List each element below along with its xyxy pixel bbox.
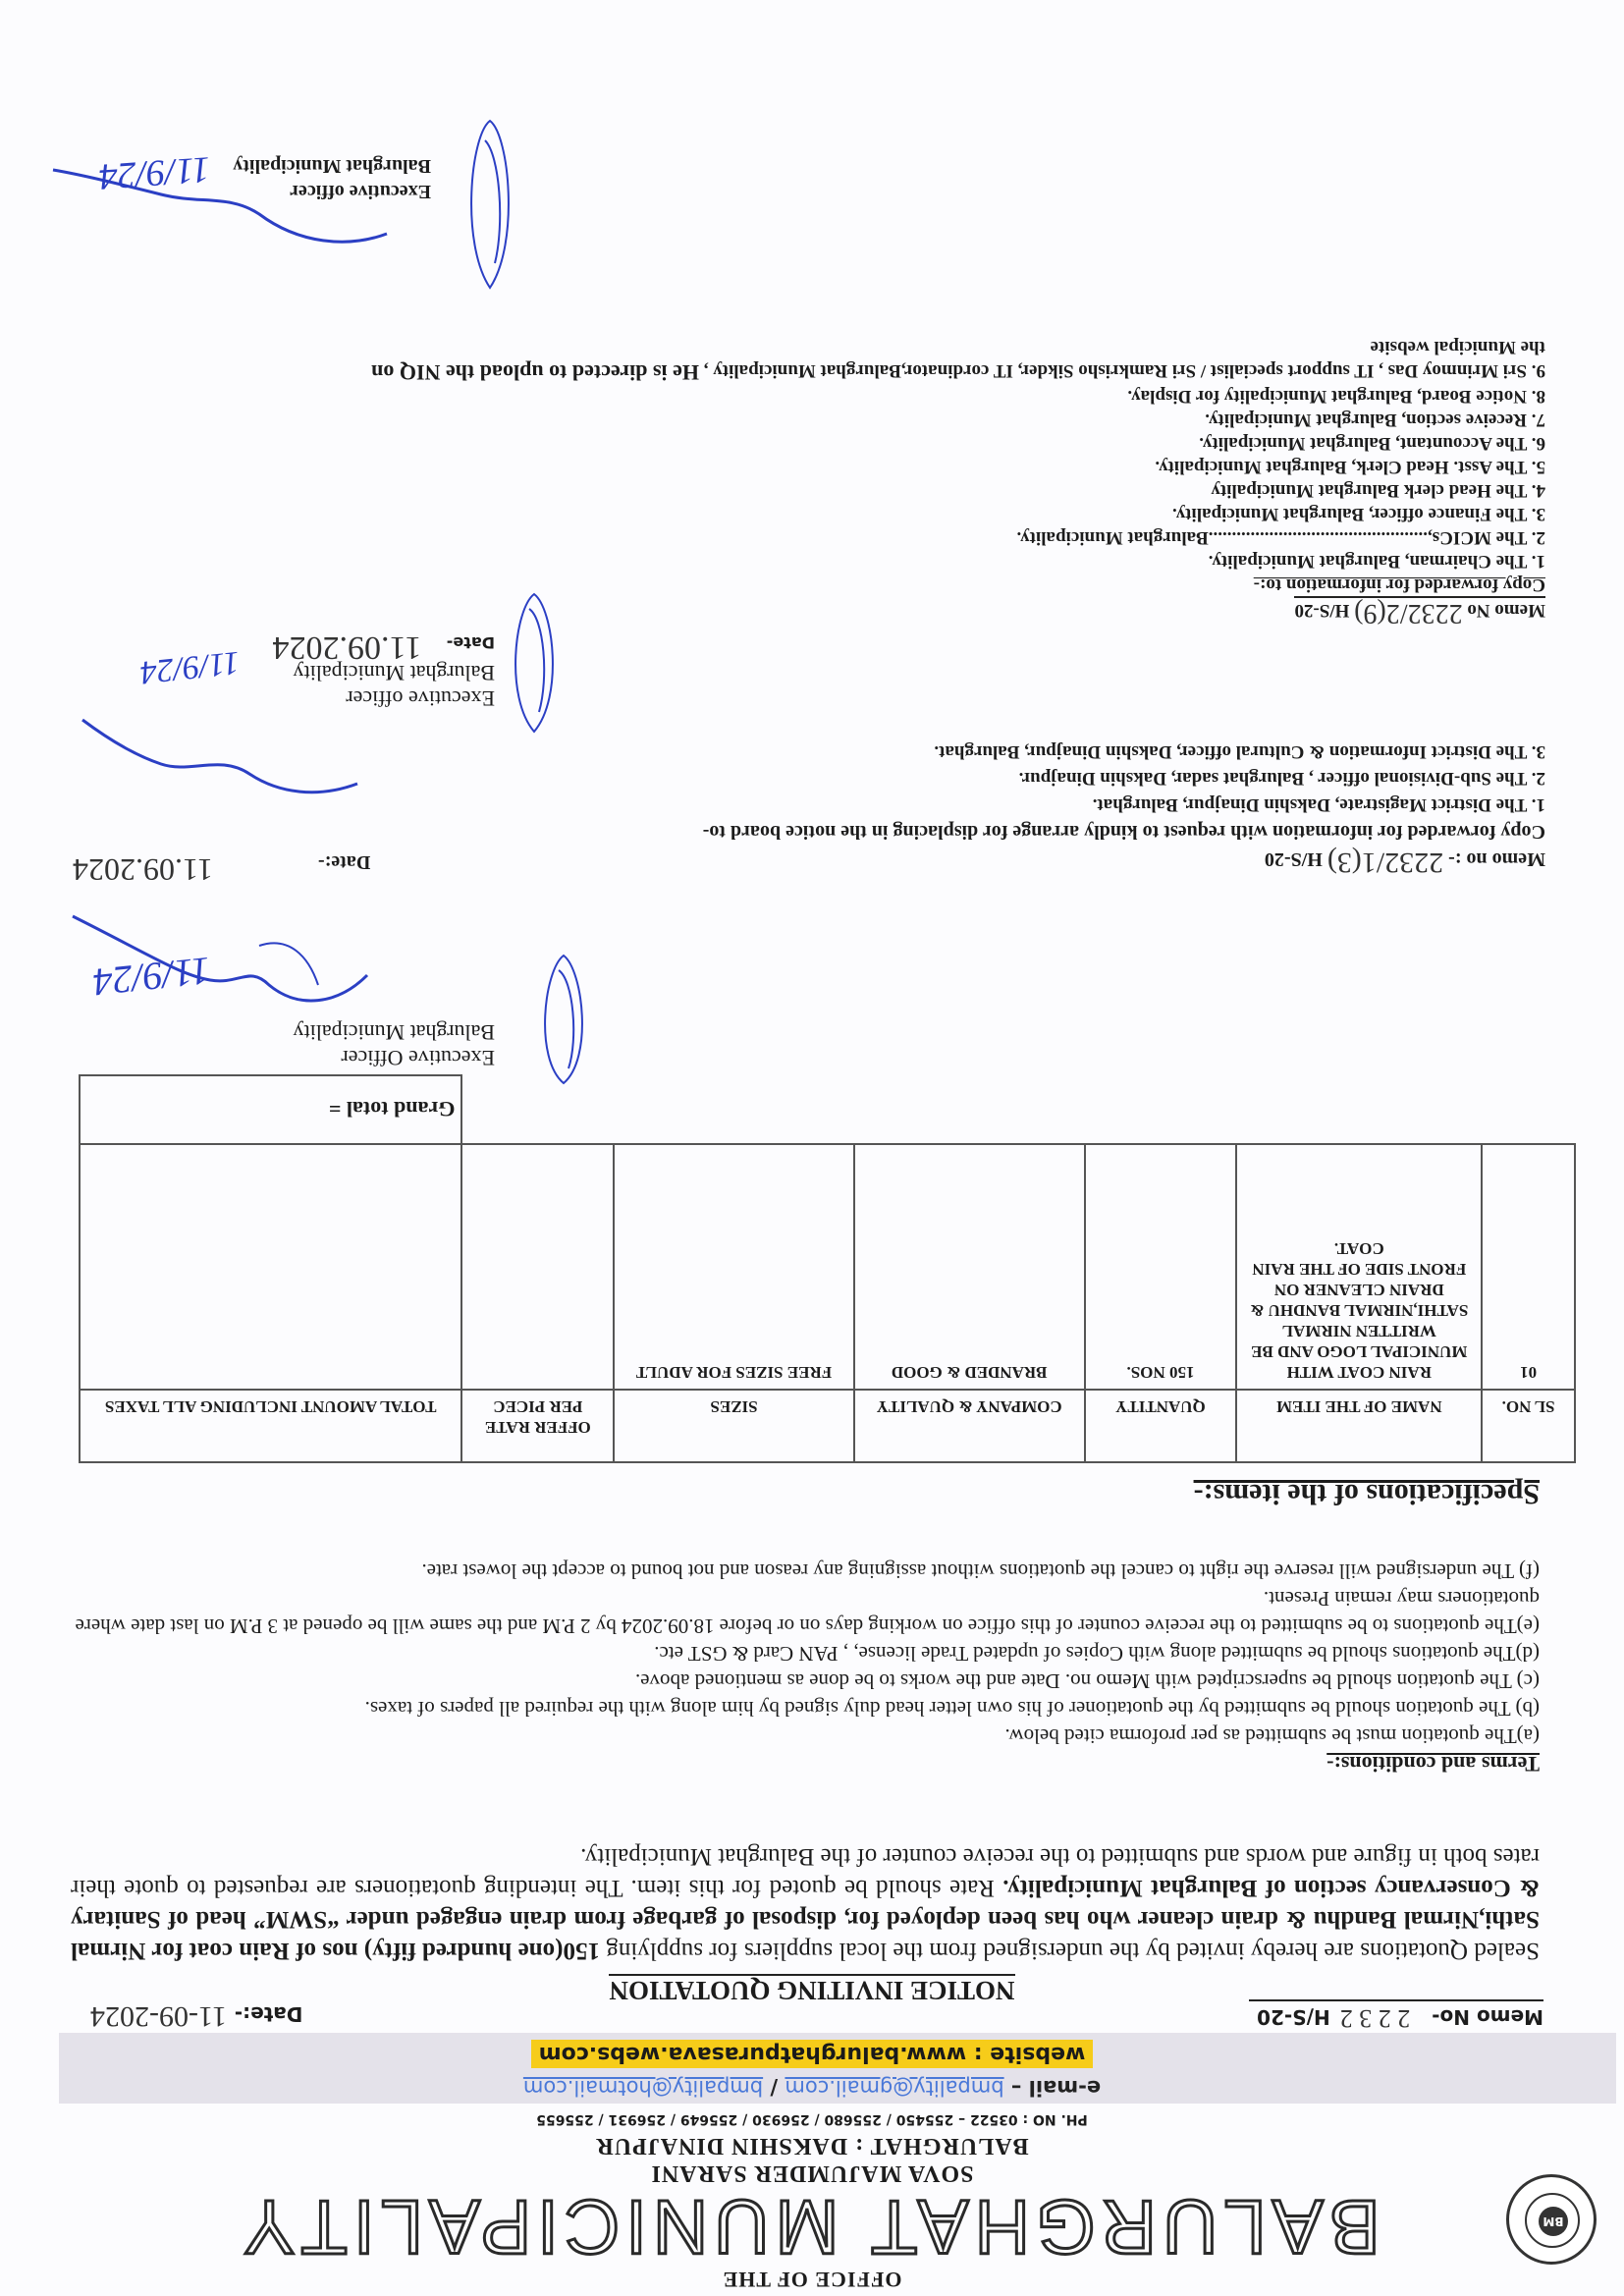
- header-company-quality: COMPANY & QUALITY: [854, 1390, 1085, 1462]
- header-total-amount: TOTAL AMOUNT INCLUDING ALL TAXES: [80, 1390, 461, 1462]
- cell-quantity: 150 NOS.: [1085, 1144, 1237, 1390]
- website-row: website : www.balurghatpurasava.webs.com: [0, 2040, 1624, 2068]
- cell-sizes: FREE SIZES FOR ADULT: [614, 1144, 854, 1390]
- term-item: (b) The quotation should be submitted by…: [71, 1695, 1540, 1722]
- memo-number-block: Memo No-2 2 3 2H/S-20: [1257, 2003, 1543, 2033]
- address-line-1: SOVA MAJUMDER SARANI: [0, 2159, 1624, 2186]
- list-item: 1. The Chairman, Balurghat Municipality.: [73, 549, 1545, 573]
- term-item: (a)The quotation must be submitted as pe…: [71, 1722, 1540, 1750]
- memo-2-label: Memo no :-: [1448, 848, 1545, 870]
- list-item: 5. The Asst. Head Clerk, Balurghat Munic…: [73, 455, 1545, 478]
- signature-2-date-value: 11.09.2024: [273, 629, 422, 666]
- table-row: 01 RAIN COAT WITH MUNICIPAL LOGO AND BE …: [80, 1144, 1575, 1390]
- para-intro: Sealed Quotations are hereby invited by …: [600, 1938, 1540, 1964]
- document-page: OFFICE OF THE BM BALURGHAT MUNICIPALITY …: [0, 0, 1624, 2296]
- signatory-title: Executive officer: [273, 685, 495, 711]
- signature-2-handwritten-date: 11/9/24: [138, 643, 242, 690]
- table-header-row: SL NO. NAME OF THE ITEM QUANTITY COMPANY…: [80, 1390, 1575, 1462]
- list-item: 2. The MCICs,...........................…: [73, 525, 1545, 549]
- email-link-gmail[interactable]: bmpality@gmail.com: [785, 2076, 1003, 2100]
- grand-total-label: Grand total =: [80, 1075, 461, 1144]
- memo-2-intro: Copy forwarded for information with requ…: [73, 818, 1545, 846]
- cell-offer-rate: [461, 1144, 614, 1390]
- memo-number: 2 2 3 2: [1340, 2004, 1411, 2033]
- signature-3-handwritten-date: 11/9/24: [97, 147, 211, 198]
- memo-3-suffix: H/S-20: [1294, 600, 1349, 621]
- memo-3-header: Memo No 2232/2(9) H/S-20: [1294, 596, 1545, 625]
- municipality-title: BALURGHAT MUNICIPALITY: [151, 2188, 1467, 2267]
- header-quantity: QUANTITY: [1085, 1390, 1237, 1462]
- memo-2-header: Memo no :- 2232/1(3) H/S-20 Date:- 11.09…: [73, 846, 1545, 876]
- municipality-seal-icon: BM: [1506, 2174, 1597, 2265]
- specifications-title: Specifications of the items:-: [1194, 1477, 1540, 1510]
- list-item: 8. Notice Board, Balurghat Municipality …: [73, 384, 1545, 408]
- signature-block-1: Executive Officer Balurghat Municipality: [293, 1019, 495, 1070]
- signature-scribble-icon: [451, 116, 529, 293]
- handwritten-initials-icon: [43, 165, 397, 253]
- email-separator: /: [763, 2076, 785, 2100]
- specifications-table: SL NO. NAME OF THE ITEM QUANTITY COMPANY…: [79, 1074, 1576, 1463]
- memo-2-date-value: 11.09.2024: [73, 856, 213, 884]
- phone-numbers: PH. NO : 03522 – 255450 / 255680 / 25693…: [0, 2111, 1624, 2127]
- item9-directive: He is directed to upload the NIQ on: [371, 360, 699, 385]
- term-item: (e)The quotations to be submitted to the…: [71, 1585, 1540, 1640]
- memo-2-number: 2232/1(3): [1327, 847, 1443, 879]
- terms-heading: Terms and conditions:-: [71, 1750, 1540, 1777]
- notice-paragraph: Sealed Quotations are hereby invited by …: [71, 1840, 1540, 1966]
- list-item: 7. Receive section, Balurghat Municipali…: [73, 408, 1545, 431]
- list-item: 4. The Head clerk Balurghat Municipality: [73, 478, 1545, 502]
- cell-company-quality: BRANDED & GOOD: [854, 1144, 1085, 1390]
- email-label: e-mail –: [1004, 2076, 1102, 2100]
- memo-suffix: H/S-20: [1257, 2005, 1330, 2029]
- term-item: (d)The quotations should be submitted al…: [71, 1640, 1540, 1667]
- address-line-2: BALURGHAT : DAKSHIN DINAJPUR: [0, 2132, 1624, 2159]
- memo-3-number: 2232/2(9): [1354, 598, 1462, 629]
- cell-sl-no: 01: [1482, 1144, 1575, 1390]
- cell-item-name: RAIN COAT WITH MUNICIPAL LOGO AND BE WRI…: [1236, 1144, 1482, 1390]
- term-item: (c) The quotation should be superscripte…: [71, 1667, 1540, 1695]
- list-item: 6. The Accountant, Balurghat Municipalit…: [73, 431, 1545, 455]
- terms-and-conditions: Terms and conditions:- (a)The quotation …: [71, 1558, 1540, 1777]
- list-item-tail: the Municipal website: [73, 335, 1545, 358]
- website-link[interactable]: website : www.balurghatpurasava.webs.com: [531, 2040, 1094, 2068]
- header-sl-no: SL NO.: [1482, 1390, 1575, 1462]
- notice-title: NOTICE INVITING QUOTATION: [0, 1975, 1624, 2005]
- grand-total-row: Grand total =: [80, 1075, 1575, 1144]
- email-row: e-mail – bmpality@gmail.com / bmpality@h…: [0, 2076, 1624, 2100]
- signatory-title: Executive Officer: [293, 1045, 495, 1070]
- memo-3-list: 1. The Chairman, Balurghat Municipality.…: [73, 335, 1545, 573]
- email-link-hotmail[interactable]: bmpality@hotmail.com: [523, 2076, 763, 2100]
- memo-2-suffix: H/S-20: [1265, 848, 1323, 870]
- term-item: (f) The undersigned will reserve the rig…: [71, 1558, 1540, 1585]
- header-offer-rate: OFFER RATE PER PICEC: [461, 1390, 614, 1462]
- signature-block-2: Executive officer Balurghat Municipality…: [273, 629, 495, 711]
- memo-3-block: Memo No 2232/2(9) H/S-20 Copy forwarded …: [73, 335, 1545, 625]
- date-label: Date:-: [235, 2002, 303, 2026]
- header-item-name: NAME OF THE ITEM: [1236, 1390, 1482, 1462]
- memo-3-intro: Copy forwarded for information to:-: [73, 573, 1545, 596]
- memo-2-date-label: Date:-: [318, 848, 370, 876]
- list-item: 9. Sri Mrinmoy Das , IT support speciali…: [73, 358, 1545, 384]
- signatory-org: Balurghat Municipality: [293, 1019, 495, 1045]
- memo-3-label: Memo No: [1467, 600, 1545, 621]
- list-item: 3. The Finance officer, Balurghat Munici…: [73, 502, 1545, 525]
- cell-total-amount: [80, 1144, 461, 1390]
- signature-scribble-icon: [524, 951, 603, 1088]
- handwritten-initials-icon: [73, 715, 367, 803]
- signature-2-date-label: Date-: [447, 633, 495, 652]
- header-sizes: SIZES: [614, 1390, 854, 1462]
- memo-label: Memo No-: [1432, 2005, 1543, 2029]
